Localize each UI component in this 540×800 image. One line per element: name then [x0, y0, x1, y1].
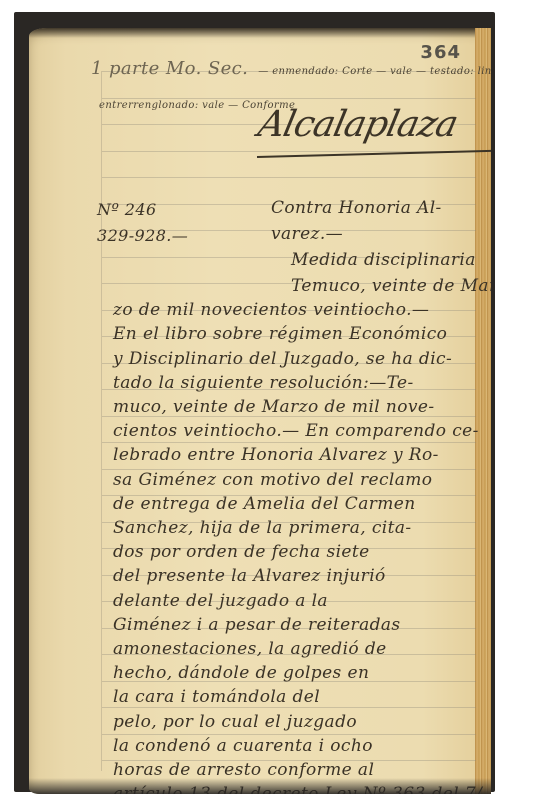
- margin-annotation-note: — enmendado: Corte — vale — testado: lin…: [258, 66, 491, 77]
- body-line: y Disciplinario del Juzgado, se ha dic-: [113, 349, 452, 369]
- body-line: Giménez i a pesar de reiteradas: [113, 615, 401, 635]
- body-line: delante del juzgado a la: [113, 591, 328, 611]
- ledger-page: 364 1 parte Mo. Sec.— enmendado: Corte —…: [29, 28, 491, 794]
- page-stack-edge: [475, 28, 491, 794]
- binding-shadow-bottom: [29, 778, 491, 794]
- body-line: Temuco, veinte de Mar-: [291, 276, 491, 296]
- heading-line-3: Medida disciplinaria: [291, 250, 476, 270]
- case-number: Nº 246: [97, 200, 157, 219]
- body-line: cientos veintiocho.— En comparendo ce-: [113, 421, 479, 441]
- body-line: lebrado entre Honoria Alvarez y Ro-: [113, 445, 439, 465]
- body-line: la cara i tomándola del: [113, 687, 320, 707]
- body-line: sa Giménez con motivo del reclamo: [113, 470, 432, 490]
- ruled-line: [102, 442, 476, 443]
- body-line: horas de arresto conforme al: [113, 760, 374, 780]
- scanned-page-background: 364 1 parte Mo. Sec.— enmendado: Corte —…: [14, 12, 495, 792]
- body-line: muco, veinte de Marzo de mil nove-: [113, 397, 435, 417]
- ruled-line: [102, 98, 476, 99]
- body-line: dos por orden de fecha siete: [113, 542, 370, 562]
- binding-shadow-top: [29, 28, 491, 38]
- body-line: pelo, por lo cual el juzgado: [113, 712, 357, 732]
- heading-line-2: varez.—: [271, 224, 343, 244]
- margin-annotation-line-1: 1 parte Mo. Sec.— enmendado: Corte — val…: [91, 58, 491, 79]
- body-line: del presente la Alvarez injurió: [113, 566, 386, 586]
- body-line: En el libro sobre régimen Económico: [113, 324, 447, 344]
- signature: Alcalaplaza: [255, 104, 461, 145]
- body-line: amonestaciones, la agredió de: [113, 639, 387, 659]
- case-reference: 329-928.—: [97, 226, 188, 245]
- heading-line-1: Contra Honoria Al-: [271, 198, 442, 218]
- body-line: la condenó a cuarenta i ocho: [113, 736, 373, 756]
- body-line: hecho, dándole de golpes en: [113, 663, 369, 683]
- margin-annotation-main: 1 parte Mo. Sec.: [91, 58, 248, 79]
- body-line: tado la siguiente resolución:—Te-: [113, 373, 414, 393]
- body-line: zo de mil novecientos veintiocho.—: [113, 300, 429, 320]
- body-line: de entrega de Amelia del Carmen: [113, 494, 416, 514]
- body-line: Sanchez, hija de la primera, cita-: [113, 518, 412, 538]
- ruled-line: [102, 734, 476, 735]
- ruled-line: [102, 177, 476, 178]
